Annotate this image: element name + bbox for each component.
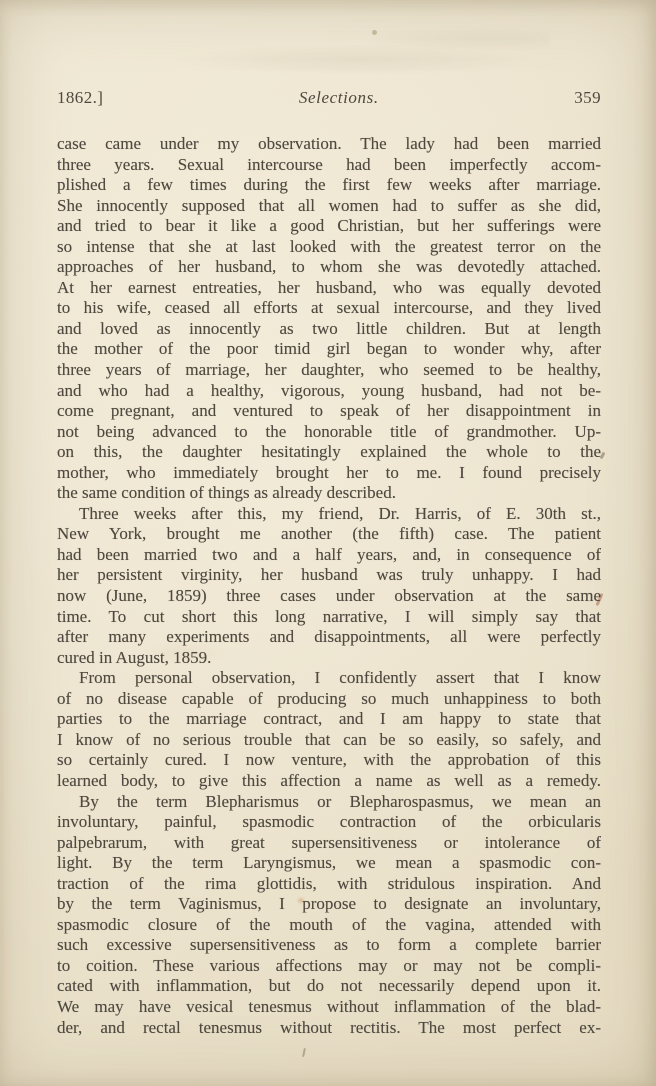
- page-number: 359: [574, 88, 601, 108]
- running-title: Selections.: [299, 88, 379, 108]
- text-line: cured in August, 1859.: [57, 648, 601, 669]
- text-line: to coition. These various affections may…: [57, 956, 601, 977]
- text-line: New York, brought me another (the fifth)…: [57, 524, 601, 545]
- text-line: come pregnant, and ventured to speak of …: [57, 401, 601, 422]
- text-line: so intense that she at last looked with …: [57, 237, 601, 258]
- text-line: to his wife, ceased all efforts at sexua…: [57, 298, 601, 319]
- text-line: At her earnest entreaties, her husband, …: [57, 278, 601, 299]
- text-line: cated with inflammation, but do not nece…: [57, 976, 601, 997]
- text-line: and tried to bear it like a good Christi…: [57, 216, 601, 237]
- reverse-page-show-through: [120, 18, 550, 88]
- text-line: Three weeks after this, my friend, Dr. H…: [57, 504, 601, 525]
- page-body: case came under my observation. The lady…: [57, 134, 601, 1038]
- text-line: involuntary, painful, spasmodic contract…: [57, 812, 601, 833]
- text-line: parties to the marriage contract, and I …: [57, 709, 601, 730]
- text-line: From personal observation, I confidently…: [57, 668, 601, 689]
- text-line: of no disease capable of producing so mu…: [57, 689, 601, 710]
- text-line: three years. Sexual intercourse had been…: [57, 155, 601, 176]
- text-line: had been married two and a half years, a…: [57, 545, 601, 566]
- text-line: and loved as innocently as two little ch…: [57, 319, 601, 340]
- pen-mark: [302, 1048, 306, 1057]
- text-line: not being advanced to the honorable titl…: [57, 422, 601, 443]
- scanned-page: 1862.] Selections. 359 case came under m…: [0, 0, 656, 1086]
- text-line: on this, the daughter hesitatingly expla…: [57, 442, 601, 463]
- running-head: 1862.] Selections. 359: [57, 88, 601, 108]
- page-year: 1862.]: [57, 88, 103, 108]
- paragraph: case came under my observation. The lady…: [57, 134, 601, 504]
- text-line: learned body, to give this affection a n…: [57, 771, 601, 792]
- text-line: palpebrarum, with great supersensitivene…: [57, 833, 601, 854]
- paragraph: From personal observation, I confidently…: [57, 668, 601, 791]
- text-line: der, and rectal tenesmus without rectiti…: [57, 1018, 601, 1039]
- paragraph: By the term Blepharismus or Blepharospas…: [57, 792, 601, 1039]
- text-line: traction of the rima glottidis, with str…: [57, 874, 601, 895]
- text-line: She innocently supposed that all women h…: [57, 196, 601, 217]
- text-line: mother, who immediately brought her to m…: [57, 463, 601, 484]
- text-line: case came under my observation. The lady…: [57, 134, 601, 155]
- text-line: so certainly cured. I now venture, with …: [57, 750, 601, 771]
- text-line: By the term Blepharismus or Blepharospas…: [57, 792, 601, 813]
- text-line: the mother of the poor timid girl began …: [57, 339, 601, 360]
- text-line: I know of no serious trouble that can be…: [57, 730, 601, 751]
- text-line: such excessive supersensitiveness as to …: [57, 935, 601, 956]
- text-line: the same condition of things as already …: [57, 483, 601, 504]
- text-line: now (June, 1859) three cases under obser…: [57, 586, 601, 607]
- page-content: 1862.] Selections. 359 case came under m…: [57, 88, 601, 1038]
- text-line: three years of marriage, her daughter, w…: [57, 360, 601, 381]
- text-line: We may have vesical tenesmus without inf…: [57, 997, 601, 1018]
- text-line: by the term Vaginismus, I propose to des…: [57, 894, 601, 915]
- paper-speck: [372, 30, 377, 35]
- text-line: her persistent virginity, her husband wa…: [57, 565, 601, 586]
- text-line: after many experiments and disappointmen…: [57, 627, 601, 648]
- text-line: plished a few times during the first few…: [57, 175, 601, 196]
- text-line: approaches of her husband, to whom she w…: [57, 257, 601, 278]
- paragraph: Three weeks after this, my friend, Dr. H…: [57, 504, 601, 668]
- text-line: spasmodic closure of the mouth of the va…: [57, 915, 601, 936]
- text-line: and who had a healthy, vigorous, young h…: [57, 381, 601, 402]
- text-line: time. To cut short this long narrative, …: [57, 607, 601, 628]
- text-line: light. By the term Laryngismus, we mean …: [57, 853, 601, 874]
